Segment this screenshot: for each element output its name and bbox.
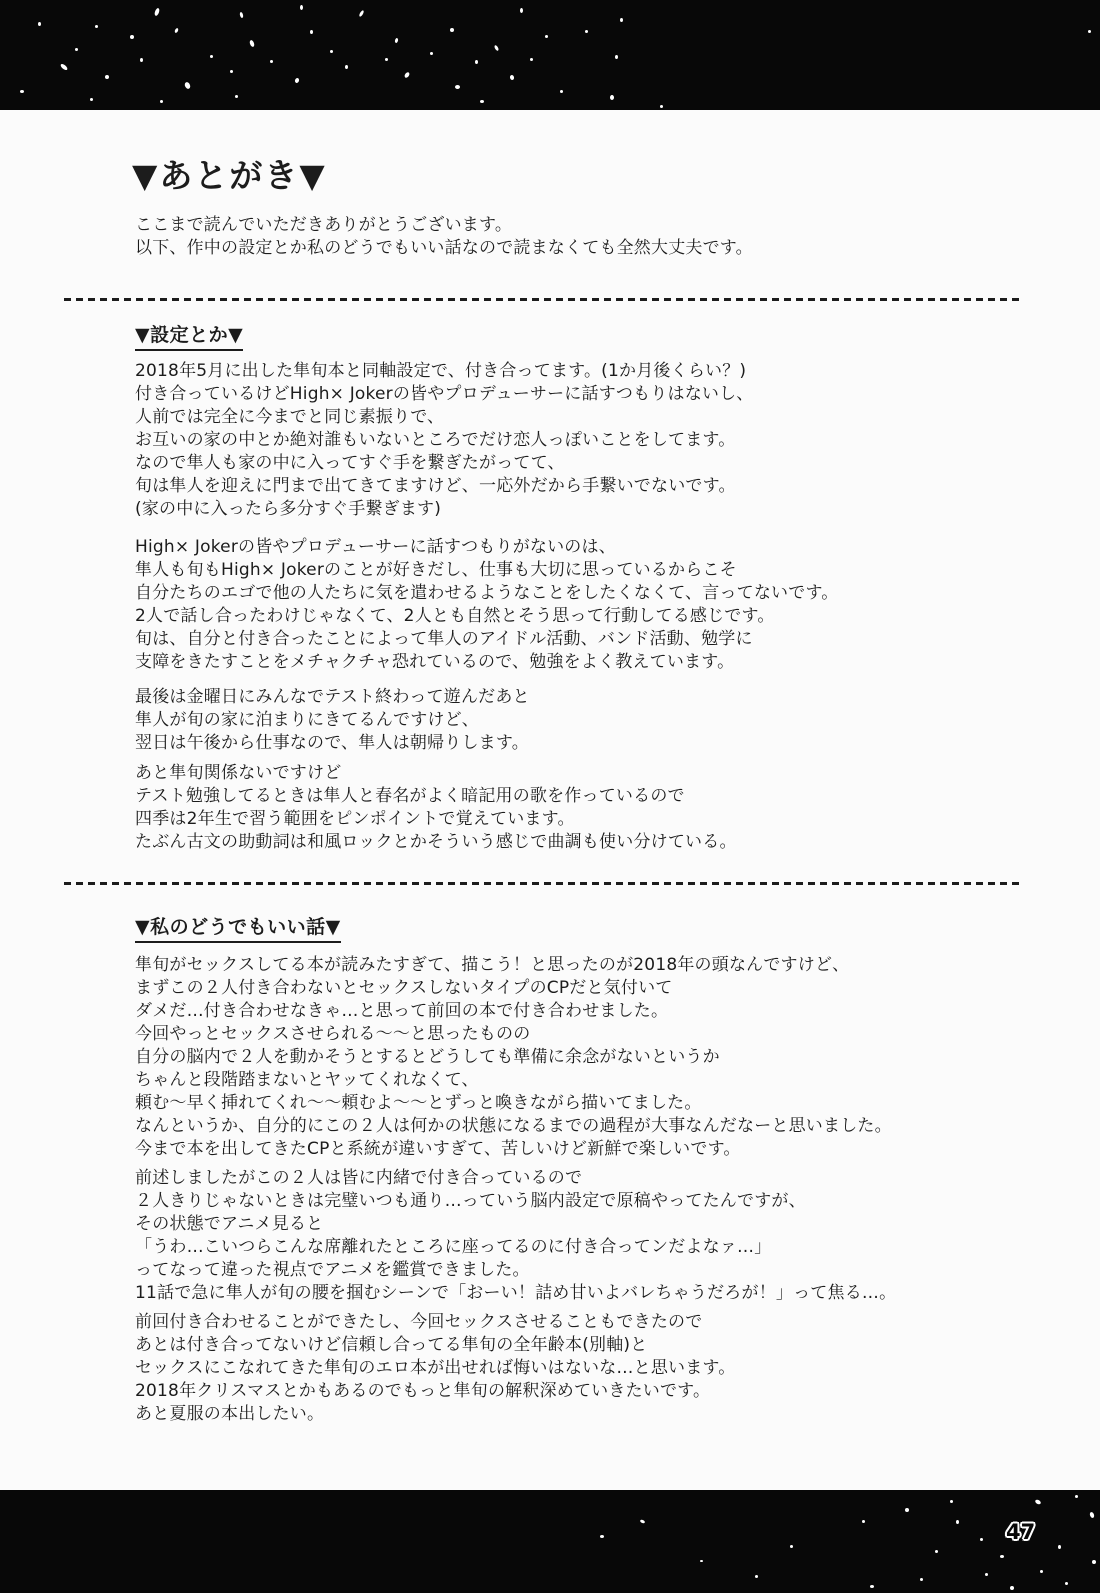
- text-line: たぶん古文の助動詞は和風ロックとかそういう感じで曲調も使い分けている。: [135, 831, 737, 854]
- text-line: 今回やっとセックスさせられる～～と思ったものの: [135, 1023, 892, 1046]
- text-line: 付き合っているけどHigh× Jokerの皆やプロデューサーに話すつもりはないし…: [135, 383, 754, 406]
- star-speckle: [20, 90, 24, 93]
- text-line: 旬は、自分と付き合ったことによって隼人のアイドル活動、バンド活動、勉学に: [135, 628, 839, 651]
- star-speckle: [1010, 1586, 1014, 1590]
- text-line: 前回付き合わせることができたし、今回セックスさせることもできたので: [135, 1311, 735, 1334]
- star-speckle: [980, 1538, 983, 1541]
- settings-paragraph-1: 2018年5月に出した隼旬本と同軸設定で、付き合ってます。(1か月後くらい？)付…: [135, 360, 754, 521]
- text-line: 四季は2年生で習う範囲をピンポイントで覚えています。: [135, 808, 737, 831]
- text-line: あと隼旬関係ないですけど: [135, 762, 737, 785]
- star-speckle: [160, 100, 163, 103]
- star-speckle: [700, 1560, 703, 1562]
- text-line: なんというか、自分的にこの２人は何かの状態になるまでの過程が大事なんだなーと思い…: [135, 1115, 892, 1138]
- star-speckle: [358, 10, 364, 18]
- star-speckle: [330, 50, 333, 53]
- star-speckle: [615, 55, 618, 59]
- star-speckle: [230, 70, 233, 73]
- document-page: ▼あとがき▼ ここまで読んでいただきありがとうございます。以下、作中の設定とか私…: [0, 0, 1100, 1593]
- star-speckle: [174, 28, 179, 34]
- text-line: ってなって違った視点でアニメを鑑賞できました。: [135, 1259, 896, 1282]
- text-line: 2018年クリスマスとかもあるのでもっと隼旬の解釈深めていきたいです。: [135, 1380, 735, 1403]
- star-speckle: [956, 1520, 959, 1524]
- star-speckle: [105, 75, 109, 79]
- star-speckle: [1075, 1495, 1078, 1498]
- dashed-divider-top: [64, 298, 1022, 301]
- top-border-band: [0, 0, 1100, 110]
- text-line: 隼人も旬もHigh× Jokerのことが好きだし、仕事も大切に思っているからこそ: [135, 559, 839, 582]
- section-heading-settings: ▼設定とか▼: [135, 320, 243, 351]
- star-speckle: [560, 90, 563, 93]
- bottom-border-band: 47: [0, 1490, 1100, 1593]
- star-speckle: [60, 63, 69, 71]
- star-speckle: [430, 52, 433, 55]
- star-speckle: [455, 85, 460, 89]
- star-speckle: [530, 58, 533, 61]
- star-speckle: [270, 60, 273, 63]
- text-line: 最後は金曜日にみんなでテスト終わって遊んだあと: [135, 686, 530, 709]
- text-line: 2人で話し合ったわけじゃなくて、2人とも自然とそう思って行動してる感じです。: [135, 605, 839, 628]
- star-speckle: [95, 25, 98, 28]
- text-line: 自分たちのエゴで他の人たちに気を遣わせるようなことをしたくなくて、言ってないです…: [135, 582, 839, 605]
- star-speckle: [90, 98, 93, 101]
- star-speckle: [450, 28, 454, 32]
- text-line: ２人きりじゃないときは完璧いつも通り…っていう脳内設定で原稿やってたんですが、: [135, 1190, 896, 1213]
- star-speckle: [38, 22, 41, 26]
- section-heading-my-talk: ▼私のどうでもいい話▼: [135, 912, 341, 943]
- star-speckle: [935, 1550, 938, 1553]
- star-speckle: [610, 95, 614, 100]
- text-line: 「うわ…こいつらこんな席離れたところに座ってるのに付き合ってンだよなァ…」: [135, 1236, 896, 1259]
- text-line: 11話で急に隼人が旬の腰を掴むシーンで「おーい！詰め甘いよバレちゃうだろが！」っ…: [135, 1282, 896, 1305]
- star-speckle: [404, 71, 411, 78]
- star-speckle: [1058, 1545, 1061, 1549]
- text-line: 人前では完全に今までと同じ素振りで、: [135, 406, 754, 429]
- text-line: 隼旬がセックスしてる本が読みたすぎて、描こう！と思ったのが2018年の頭なんです…: [135, 954, 892, 977]
- text-line: 今まで本を出してきたCPと系統が違いすぎて、苦しいけど新鮮で楽しいです。: [135, 1138, 892, 1161]
- text-line: ダメだ…付き合わせなきゃ…と思って前回の本で付き合わせました。: [135, 1000, 892, 1023]
- star-speckle: [1088, 30, 1091, 33]
- text-line: なので隼人も家の中に入ってすぐ手を繋ぎたがってて、: [135, 452, 754, 475]
- star-speckle: [585, 30, 588, 33]
- star-speckle: [494, 45, 500, 52]
- dashed-divider-middle: [64, 882, 1022, 885]
- text-line: 旬は隼人を迎えに門まで出てきてますけど、一応外だから手繋いでないです。: [135, 475, 754, 498]
- settings-paragraph-3: 最後は金曜日にみんなでテスト終わって遊んだあと隼人が旬の家に泊まりにきてるんです…: [135, 686, 530, 755]
- my-talk-paragraph-1: 隼旬がセックスしてる本が読みたすぎて、描こう！と思ったのが2018年の頭なんです…: [135, 954, 892, 1161]
- star-speckle: [620, 18, 623, 22]
- star-speckle: [235, 95, 238, 98]
- star-speckle: [790, 1545, 793, 1548]
- my-talk-paragraph-3: 前回付き合わせることができたし、今回セックスさせることもできたのであとは付き合っ…: [135, 1311, 735, 1426]
- text-line: テスト勉強してるときは隼人と春名がよく暗記用の歌を作っているので: [135, 785, 737, 808]
- star-speckle: [545, 35, 548, 38]
- star-speckle: [600, 1535, 604, 1538]
- settings-paragraph-2: High× Jokerの皆やプロデューサーに話すつもりがないのは、隼人も旬もHi…: [135, 536, 839, 674]
- text-line: 以下、作中の設定とか私のどうでもいい話なので読まなくても全然大丈夫です。: [135, 237, 753, 260]
- intro-paragraph: ここまで読んでいただきありがとうございます。以下、作中の設定とか私のどうでもいい…: [135, 214, 753, 260]
- star-speckle: [509, 75, 514, 81]
- star-speckle: [184, 81, 191, 89]
- star-speckle: [480, 100, 484, 103]
- star-speckle: [920, 1578, 923, 1581]
- star-speckle: [249, 40, 255, 48]
- page-number: 47: [1006, 1520, 1035, 1544]
- star-speckle: [310, 30, 313, 34]
- star-speckle: [870, 1585, 874, 1588]
- star-speckle: [660, 105, 663, 108]
- my-talk-paragraph-2: 前述しましたがこの２人は皆に内緒で付き合っているので２人きりじゃないときは完璧い…: [135, 1167, 896, 1305]
- settings-paragraph-4: あと隼旬関係ないですけどテスト勉強してるときは隼人と春名がよく暗記用の歌を作って…: [135, 762, 737, 854]
- star-speckle: [985, 1573, 988, 1576]
- star-speckle: [1034, 1499, 1041, 1505]
- star-speckle: [394, 38, 398, 44]
- star-speckle: [1092, 1560, 1096, 1564]
- text-line: 翌日は午後から仕事なので、隼人は朝帰りします。: [135, 732, 530, 755]
- star-speckle: [905, 1508, 909, 1512]
- star-speckle: [345, 65, 348, 69]
- star-speckle: [1040, 1570, 1043, 1573]
- star-speckle: [640, 1519, 646, 1524]
- star-speckle: [520, 8, 523, 13]
- text-line: あと夏服の本出したい。: [135, 1403, 735, 1426]
- star-speckle: [154, 8, 160, 17]
- star-speckle: [950, 1500, 953, 1503]
- text-line: 2018年5月に出した隼旬本と同軸設定で、付き合ってます。(1か月後くらい？): [135, 360, 754, 383]
- star-speckle: [210, 55, 213, 58]
- star-speckle: [1089, 1511, 1095, 1518]
- star-speckle: [862, 1520, 865, 1523]
- page-title: ▼あとがき▼: [132, 150, 327, 197]
- text-line: 頼む～早く挿れてくれ～～頼むよ～～とずっと喚きながら描いてました。: [135, 1092, 892, 1115]
- text-line: 前述しましたがこの２人は皆に内緒で付き合っているので: [135, 1167, 896, 1190]
- text-line: 自分の脳内で２人を動かそうとするとどうしても準備に余念がないというか: [135, 1046, 892, 1069]
- star-speckle: [385, 58, 388, 61]
- star-speckle: [475, 60, 478, 64]
- text-line: お互いの家の中とか絶対誰もいないところでだけ恋人っぽいことをしてます。: [135, 429, 754, 452]
- star-speckle: [1000, 1555, 1004, 1558]
- star-speckle: [294, 77, 299, 83]
- text-line: High× Jokerの皆やプロデューサーに話すつもりがないのは、: [135, 536, 839, 559]
- star-speckle: [300, 5, 303, 10]
- text-line: (家の中に入ったら多分すぐ手繋ぎます): [135, 498, 754, 521]
- text-line: あとは付き合ってないけど信頼し合ってる隼旬の全年齢本(別軸)と: [135, 1334, 735, 1357]
- star-speckle: [75, 48, 78, 51]
- star-speckle: [755, 1575, 758, 1578]
- text-line: セックスにこなれてきた隼旬のエロ本が出せれば悔いはないな…と思います。: [135, 1357, 735, 1380]
- star-speckle: [140, 58, 143, 62]
- star-speckle: [130, 35, 134, 39]
- text-line: 隼人が旬の家に泊まりにきてるんですけど、: [135, 709, 530, 732]
- text-line: まずこの２人付き合わないとセックスしないタイプのCPだと気付いて: [135, 977, 892, 1000]
- text-line: ここまで読んでいただきありがとうございます。: [135, 214, 753, 237]
- star-speckle: [1065, 1582, 1068, 1585]
- star-speckle: [239, 12, 243, 19]
- text-line: 支障をきたすことをメチャクチャ恐れているので、勉強をよく教えています。: [135, 651, 839, 674]
- text-line: その状態でアニメ見ると: [135, 1213, 896, 1236]
- text-line: ちゃんと段階踏まないとヤッてくれなくて、: [135, 1069, 892, 1092]
